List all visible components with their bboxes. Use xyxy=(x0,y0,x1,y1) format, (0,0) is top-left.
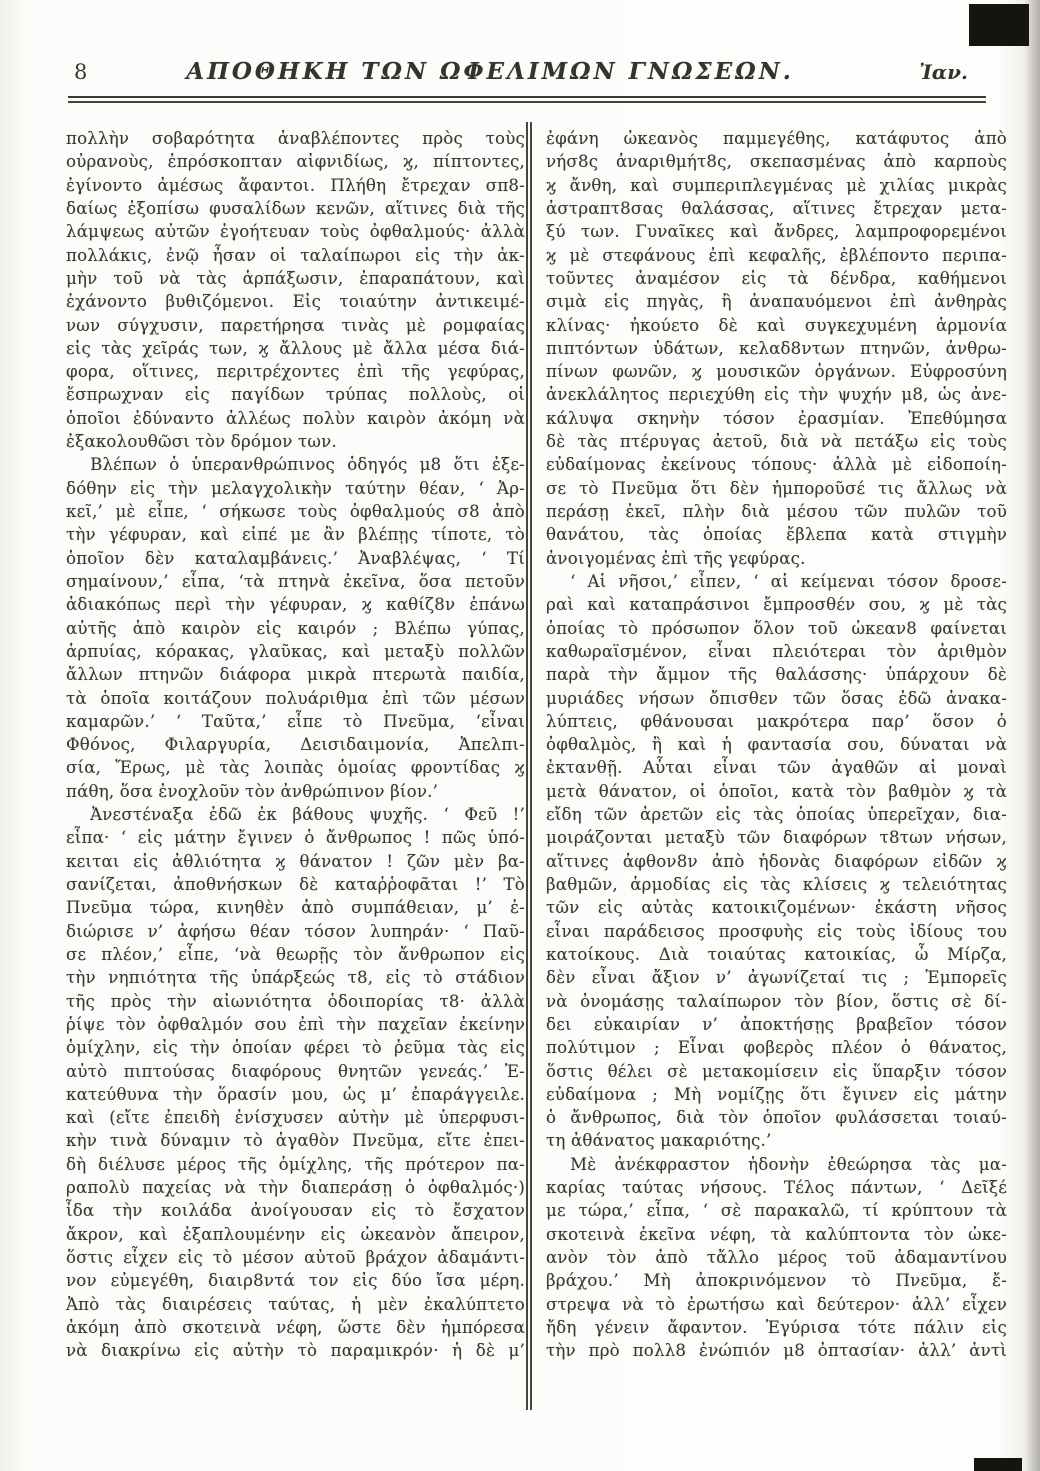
text-line: πίνων φωνῶν, ϗ μουσικῶν ὀργάνων. Εὐφροσύ… xyxy=(546,360,1007,383)
text-line: δόθην εἰς τὴν μελαγχολικὴν ταύτην θέαν, … xyxy=(66,477,525,500)
text-line: πολλάκις, ἐνῷ ἦσαν οἱ ταλαίπωροι εἰς τὴν… xyxy=(66,244,525,267)
text-line: μὴν τοῦ νὰ τὰς ἁρπάξωσιν, ἐπαραπάτουν, κ… xyxy=(66,267,525,290)
header-double-rule xyxy=(68,96,986,103)
text-line: ἤδη γένειν ἄφαντον. Ἐγύρισα τότε πάλιν ε… xyxy=(546,1316,1007,1339)
text-line: Πνεῦμα τώρα, κινηθὲν ἀπὸ συμπάθειαν, μ’ … xyxy=(66,896,525,919)
text-line: ὁποῖοι ἐδύναντο ἀλλέως πολὺν καιρὸν ἀκόμ… xyxy=(66,407,525,430)
text-line: εὐδαίμονας ἐκείνους τόπους· ἀλλὰ μὲ εἰδο… xyxy=(546,453,1007,476)
text-line: ἀστραπτ8σας θαλάσσας, αἵτινες ἔτρεχαν με… xyxy=(546,197,1007,220)
text-line: κατοίκους. Διὰ τοιαύτας κατοικίας, ὦ Μίρ… xyxy=(546,943,1007,966)
text-line: λάμψεως αὐτῶν ἐγοήτευαν τοὺς ὀφθαλμούς· … xyxy=(66,220,525,243)
text-line: αὐτὸ πιπτούσας διαφόρους θνητῶν γενεάς.’… xyxy=(66,1060,525,1083)
text-line: σε τὸ Πνεῦμα ὅτι δὲν ἠμποροῦσέ τις ἄλλως… xyxy=(546,477,1007,500)
text-line: καρίας ταύτας νήσους. Τέλος πάντων, ‘ Δε… xyxy=(546,1176,1007,1199)
text-line: εἶναι παράδεισος προσφυὴς εἰς τοὺς ἰδίου… xyxy=(546,920,1007,943)
text-line: τὴν πρὸ πολλ8 ἐνώπιόν μ8 ὀπτασίαν· ἀλλ’ … xyxy=(546,1339,1007,1362)
text-line: ραπολὺ παχείας νὰ τὴν διαπεράσῃ ὁ ὀφθαλμ… xyxy=(66,1176,525,1199)
text-line: ἔσπρωχναν εἰς παγίδων τρύπας πολλοὺς, οἱ xyxy=(66,383,525,406)
text-line: κάλυψα σκηνὴν τόσον ἐρασμίαν. Ἐπεθύμησα xyxy=(546,407,1007,430)
text-line: ὁμίχλην, εἰς τὴν ὁποίαν φέρει τὸ ῥεῦμα τ… xyxy=(66,1036,525,1059)
text-line: ἄλλων πτηνῶν διάφορα μικρὰ πτερωτὰ παιδί… xyxy=(66,663,525,686)
text-line: σκοτεινὰ ἐκεῖνα νέφη, τὰ καλύπτοντα τὸν … xyxy=(546,1223,1007,1246)
text-line: τοῦντες ἀναμέσον εἰς τὰ δένδρα, καθήμενο… xyxy=(546,267,1007,290)
text-line: πάθη, ὅσα ἐνοχλοῦν τὸν ἀνθρώπινον βίον.’ xyxy=(66,780,525,803)
text-line: Ἀπὸ τὰς διαιρέσεις ταύτας, ἡ μὲν ἐκαλύπτ… xyxy=(66,1293,525,1316)
text-line: δὲν εἶναι ἄξιον ν’ ἀγωνίζεταί τις ; Ἐμπο… xyxy=(546,966,1007,989)
text-line: κεῖ,’ μὲ εἶπε, ‘ σήκωσε τοὺς ὀφθαλμούς σ… xyxy=(66,500,525,523)
text-line: ραὶ καὶ καταπράσινοι ἔμπροσθέν σου, ϗ μὲ… xyxy=(546,593,1007,616)
text-line: βράχου.’ Μὴ ἀποκρινόμενον τὸ Πνεῦμα, ἔ- xyxy=(546,1269,1007,1292)
text-line: σιμὰ εἰς πηγὰς, ἢ ἀναπαυόμενοι ἐπὶ ἀνθηρ… xyxy=(546,290,1007,313)
scan-edge-shadow xyxy=(1024,0,1040,1471)
text-line: περάσῃ ἐκεῖ, πλὴν διὰ μέσου τῶν πυλῶν το… xyxy=(546,500,1007,523)
text-line: κατεύθυνα τὴν ὅρασίν μου, ὡς μ’ ἐπαράγγε… xyxy=(66,1083,525,1106)
text-line: θανάτου, τὰς ὁποίας ἔβλεπα κατὰ στιγμὴν xyxy=(546,523,1007,546)
text-line: σανίζεται, ἀποθνήσκων δὲ καταῤῥοφᾶται !’… xyxy=(66,873,525,896)
page-container: 8 ΑΠΟΘΗΚΗ ΤΩΝ ΩΦΕΛΙΜΩΝ ΓΝΩΣΕΩΝ. Ἰαν. πολ… xyxy=(0,0,1040,1471)
text-line: ὅστις εἶχεν εἰς τὸ μέσον αὐτοῦ βράχον ἀδ… xyxy=(66,1246,525,1269)
text-line: δει εὐκαιρίαν ν’ ἀποκτήσῃς βραβεῖον τόσο… xyxy=(546,1013,1007,1036)
text-line: ανὸν τὸν ἀπὸ τἄλλο μέρος τοῦ ἀδαμαντίνου xyxy=(546,1246,1007,1269)
text-line: μυριάδες νήσων ὄπισθεν τῶν ὅσας ἐδῶ ἀνακ… xyxy=(546,687,1007,710)
text-line: μοιράζονται μεταξὺ τῶν διαφόρων τ8των νή… xyxy=(546,826,1007,849)
text-line: ἀνεκλάλητος περιεχύθη εἰς τὴν ψυχήν μ8, … xyxy=(546,383,1007,406)
text-line: σε πλέον,’ εἶπε, ‘νὰ θεωρῇς τὸν ἄνθρωπον… xyxy=(66,943,525,966)
column-left: πολλὴν σοβαρότητα ἀναβλέποντες πρὸς τοὺς… xyxy=(66,127,525,1363)
text-line: τῶν εἰς αὐτὰς κατοικιζομένων· ἑκάστη νῆσ… xyxy=(546,896,1007,919)
text-line: Βλέπων ὁ ὑπερανθρώπινος ὁδηγός μ8 ὅτι ἐξ… xyxy=(66,453,525,476)
text-line: κειται εἰς ἀθλιότητα ϗ θάνατον ! ζῶν μὲν… xyxy=(66,850,525,873)
text-line: Φθόνος, Φιλαργυρία, Δεισιδαιμονία, Ἀπελπ… xyxy=(66,733,525,756)
text-line: τὰ ὁποῖα κοιτάζουν πολυάριθμα ἐπὶ τῶν μέ… xyxy=(66,687,525,710)
text-line: νὰ ὀνομάσῃς ταλαίπωρον τὸν βίον, ὅστις σ… xyxy=(546,990,1007,1013)
text-line: ‘ Αἱ νῆσοι,’ εἶπεν, ‘ αἱ κείμεναι τόσον … xyxy=(546,570,1007,593)
text-line: ἀδιακόπως περὶ τὴν γέφυραν, ϗ καθίζ8ν ἐπ… xyxy=(66,593,525,616)
text-line: παρὰ τὴν ἄμμον τῆς θαλάσσης· ὑπάρχουν δὲ xyxy=(546,663,1007,686)
text-line: φορα, οἵτινες, περιτρέχοντες ἐπὶ τῆς γεφ… xyxy=(66,360,525,383)
text-line: ἀκόμη ἀπὸ σκοτεινὰ νέφη, ὥστε δὲν ἠμπόρε… xyxy=(66,1316,525,1339)
text-line: Ἀνεστέναξα ἐδῶ ἐκ βάθους ψυχῆς. ‘ Φεῦ !’ xyxy=(66,803,525,826)
text-line: οὐρανοὺς, ἐπρόσκοπταν αἰφνιδίως, ϗ, πίπτ… xyxy=(66,150,525,173)
text-line: εἰς τὰς χεῖράς των, ϗ ἄλλους μὲ ἄλλα μέσ… xyxy=(66,337,525,360)
text-line: ἁρπυίας, κόρακας, γλαῦκας, καὶ μεταξὺ πο… xyxy=(66,640,525,663)
column-right: ἐφάνη ὠκεανὸς παμμεγέθης, κατάφυτος ἀπὸν… xyxy=(546,127,1007,1363)
text-line: πιπτόντων ὑδάτων, κελαδ8ντων πτηνῶν, ἀνθ… xyxy=(546,337,1007,360)
text-line: τὴν νηπιότητα τῆς ὑπάρξεώς τ8, εἰς τὸ στ… xyxy=(66,966,525,989)
scan-artifact-bottom-right xyxy=(974,1458,1022,1471)
text-line: τῆς πρὸς τὴν αἰωνιότητα ὁδοιπορίας τ8· ἀ… xyxy=(66,990,525,1013)
text-line: νήσ8ς ἀναριθμήτ8ς, σκεπασμένας ἀπὸ καρπο… xyxy=(546,150,1007,173)
text-line: εἴδη τῶν ἀρετῶν εἰς τὰς ὁποίας ὑπερεῖχαν… xyxy=(546,803,1007,826)
text-line: δὴ διέλυσε μέρος τῆς ὁμίχλης, τῆς πρότερ… xyxy=(66,1153,525,1176)
column-divider xyxy=(526,122,532,1410)
text-line: σημαίνουν,’ εἶπα, ‘τὰ πτηνὰ ἐκεῖνα, ὅσα … xyxy=(66,570,525,593)
text-line: νων σύγχυσιν, παρετήρησα τινὰς μὲ ρομφαί… xyxy=(66,314,525,337)
text-line: ἐφάνη ὠκεανὸς παμμεγέθης, κατάφυτος ἀπὸ xyxy=(546,127,1007,150)
page-title: ΑΠΟΘΗΚΗ ΤΩΝ ΩΦΕΛΙΜΩΝ ΓΝΩΣΕΩΝ. xyxy=(0,58,980,85)
text-line: ὅστις θέλει σὲ μετακομίσειν εἰς ὕπαρξιν … xyxy=(546,1060,1007,1083)
issue-month-label: Ἰαν. xyxy=(919,60,968,84)
text-line: κλίνας· ἠκούετο δὲ καὶ συγκεχυμένη ἁρμον… xyxy=(546,314,1007,337)
text-line: κὴν τινὰ δύναμιν τὸ ἀγαθὸν Πνεῦμα, εἴτε … xyxy=(66,1129,525,1152)
text-line: καμαρῶν.’ ‘ Ταῦτα,’ εἶπε τὸ Πνεῦμα, ‘εἶν… xyxy=(66,710,525,733)
text-line: καθωραϊσμένον, εἶναι πλειότεραι τὸν ἀριθ… xyxy=(546,640,1007,663)
scan-artifact-top-right xyxy=(969,4,1029,46)
text-line: εὐδαίμονα ; Μὴ νομίζῃς ὅτι ἔγινεν εἰς μά… xyxy=(546,1083,1007,1106)
text-line: μετὰ θάνατον, οἱ ὁποῖοι, κατὰ τὸν βαθμὸν… xyxy=(546,780,1007,803)
text-line: στρεψα νὰ τὸ ἐρωτήσω καὶ δεύτερον· ἀλλ’ … xyxy=(546,1293,1007,1316)
text-line: ὁ ἄνθρωπος, διὰ τὸν ὁποῖον φυλάσσεται το… xyxy=(546,1106,1007,1129)
text-line: νὰ διακρίνω εἰς αὐτὴν τὸ παραμικρόν· ἡ δ… xyxy=(66,1339,525,1362)
text-line: ἐχάνοντο βυθιζόμενοι. Εἰς τοιαύτην ἀντικ… xyxy=(66,290,525,313)
text-line: με τώρα,’ εἶπα, ‘ σὲ παρακαλῶ, τί κρύπτο… xyxy=(546,1199,1007,1222)
text-line: πολύτιμον ; Εἶναι φοβερὸς πλέον ὁ θάνατο… xyxy=(546,1036,1007,1059)
text-line: ϗ μὲ στεφάνους ἐπὶ κεφαλῆς, ἐβλέποντο πε… xyxy=(546,244,1007,267)
text-line: ϗ ἄνθη, καὶ συμπεριπλεγμένας μὲ χιλίας μ… xyxy=(546,174,1007,197)
text-line: τη ἀθάνατος μακαριότης.’ xyxy=(546,1129,1007,1152)
text-line: ὁποίας τὸ πρόσωπον ὅλον τοῦ ὠκεαν8 φαίνε… xyxy=(546,617,1007,640)
text-line: εἶπα· ‘ εἰς μάτην ἔγινεν ὁ ἄνθρωπος ! πῶ… xyxy=(66,826,525,849)
text-line: αὐτῆς ἀπὸ καιρὸν εἰς καιρόν ; Βλέπω γύπα… xyxy=(66,617,525,640)
text-line: σία, Ἔρως, μὲ τὰς λοιπὰς ὁμοίας φροντίδα… xyxy=(66,756,525,779)
text-line: νον εὐμεγέθη, διαιρ8ντά τον εἰς δύο ἴσα … xyxy=(66,1269,525,1292)
text-line: ὀφθαλμὸς, ἢ καὶ ἡ φαντασία σου, δύναται … xyxy=(546,733,1007,756)
text-line: βαθμῶν, ἁρμοδίας εἰς τὰς κλίσεις ϗ τελει… xyxy=(546,873,1007,896)
text-line: λύπτεις, φθάνουσαι μακρότερα παρ’ ὅσον ὁ xyxy=(546,710,1007,733)
text-line: πολλὴν σοβαρότητα ἀναβλέποντες πρὸς τοὺς xyxy=(66,127,525,150)
text-line: ἀνοιγομένας ἐπὶ τῆς γεφύρας. xyxy=(546,547,1007,570)
text-line: ῥίψε τὸν ὀφθαλμόν σου ἐπὶ τὴν παχεῖαν ἐκ… xyxy=(66,1013,525,1036)
text-line: ξύ των. Γυναῖκες καὶ ἄνδρες, λαμπροφορεμ… xyxy=(546,220,1007,243)
text-line: ἐγίνοντο ἀμέσως ἄφαντοι. Πλήθη ἔτρεχαν σ… xyxy=(66,174,525,197)
text-line: ἄκρον, καὶ ἐξαπλουμένην εἰς ὠκεανὸν ἄπει… xyxy=(66,1223,525,1246)
text-line: δαίως ἐξοπίσω φυσαλίδων κενῶν, αἵτινες δ… xyxy=(66,197,525,220)
text-line: καὶ (εἴτε ἐπειδὴ ἐνίσχυσεν αὐτὴν μὲ ὑπερ… xyxy=(66,1106,525,1129)
text-line: τὴν γέφυραν, καὶ εἰπέ με ἂν βλέπῃς τίποτ… xyxy=(66,523,525,546)
text-line: διώρισε ν’ ἀφήσω θέαν τόσον λυπηράν· ‘ Π… xyxy=(66,920,525,943)
text-line: ὁποῖον δὲν καταλαμβάνεις.’ Ἀναβλέψας, ‘ … xyxy=(66,547,525,570)
text-line: Μὲ ἀνέκφραστον ἡδονὴν ἐθεώρησα τὰς μα- xyxy=(546,1153,1007,1176)
text-line: ἐξακολουθῶσι τὸν δρόμον των. xyxy=(66,430,525,453)
text-line: δὲ τὰς πτέρυγας ἀετοῦ, διὰ νὰ πετάξω εἰς… xyxy=(546,430,1007,453)
text-line: αἵτινες ἀφθον8ν ἀπὸ ἡδονὰς διαφόρων εἰδῶ… xyxy=(546,850,1007,873)
text-line: ἐκτανθῇ. Αὗται εἶναι τῶν ἀγαθῶν αἱ μοναὶ xyxy=(546,756,1007,779)
text-line: ἶδα τὴν κοιλάδα ἀνοίγουσαν εἰς τὸ ἔσχατο… xyxy=(66,1199,525,1222)
